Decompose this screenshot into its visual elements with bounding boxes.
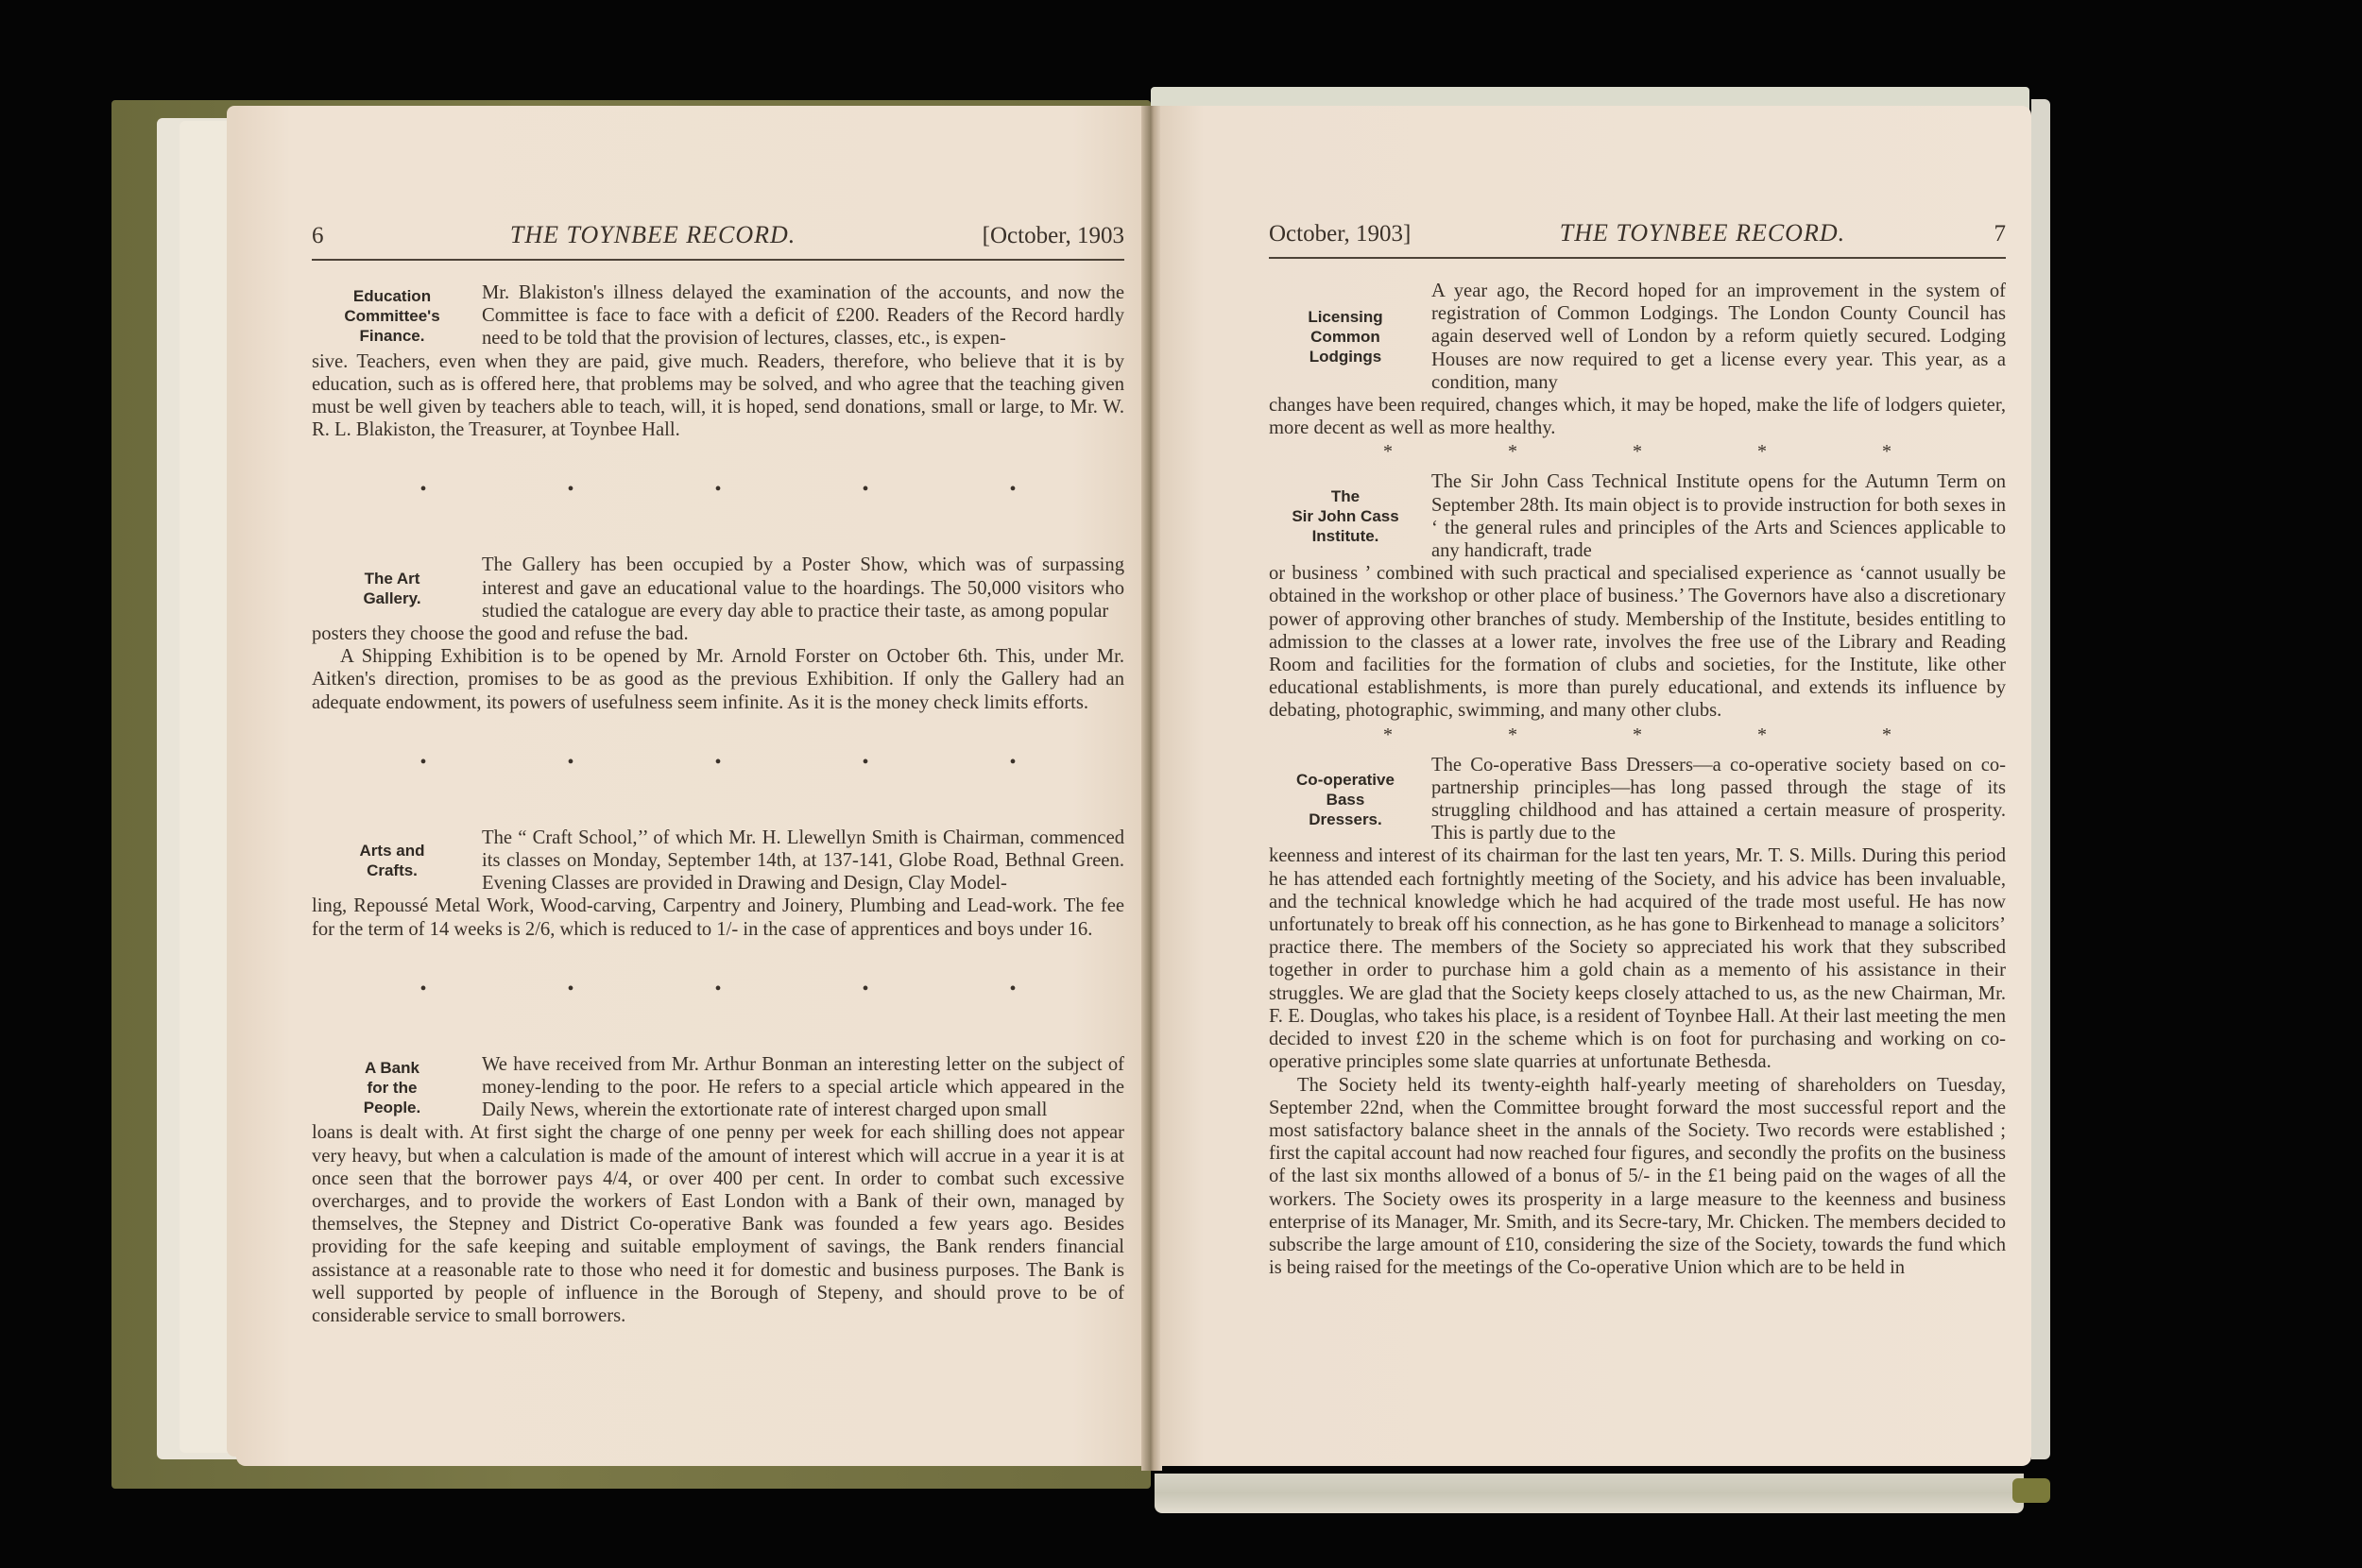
paragraph-indented: Mr. Blakiston's illness delayed the exam… xyxy=(482,281,1124,350)
left-page: 6 THE TOYNBEE RECORD. [October, 1903 Edu… xyxy=(236,106,1145,1466)
section-art-gallery: The Art Gallery. The Gallery has been oc… xyxy=(312,554,1124,713)
paragraph: A Shipping Exhibition is to be opened by… xyxy=(312,645,1124,714)
paragraph-indented: A year ago, the Record hoped for an impr… xyxy=(1431,280,2006,394)
paragraph-indented: The “ Craft School,’’ of which Mr. H. Ll… xyxy=(482,827,1124,895)
section-separator: ***** xyxy=(1326,724,1949,746)
paragraph-indented: The Co-operative Bass Dressers—a co-oper… xyxy=(1431,754,2006,845)
page-stack-right-bottom-edge xyxy=(1155,1474,2024,1513)
paragraph-continued: loans is dealt with. At first sight the … xyxy=(312,1121,1124,1327)
paragraph-indented: The Gallery has been occupied by a Poste… xyxy=(482,554,1124,622)
paragraph-indented: The Sir John Cass Technical Institute op… xyxy=(1431,470,2006,562)
left-page-text: 6 THE TOYNBEE RECORD. [October, 1903 Edu… xyxy=(312,221,1124,1327)
asterisk-ornament: • xyxy=(419,479,426,501)
paragraph: The Society held its twenty-eighth half-… xyxy=(1269,1074,2006,1280)
section-education-committee: Education Committee's Finance. Mr. Blaki… xyxy=(312,281,1124,441)
sidenote: The Sir John Cass Institute. xyxy=(1269,486,1431,546)
section-arts-and-crafts: Arts and Crafts. The “ Craft School,’’ o… xyxy=(312,827,1124,941)
section-separator: ••••• xyxy=(350,479,1087,501)
paragraph-continued: ling, Repoussé Metal Work, Wood-carving,… xyxy=(312,895,1124,940)
issue-date: October, 1903] xyxy=(1269,221,1411,247)
paragraph-continued: sive. Teachers, even when they are paid,… xyxy=(312,350,1124,442)
sidenote: Licensing Common Lodgings xyxy=(1269,307,1431,366)
section-sir-john-cass-institute: The Sir John Cass Institute. The Sir Joh… xyxy=(1269,470,2006,722)
issue-date: [October, 1903 xyxy=(983,223,1124,249)
paragraph-indented: We have received from Mr. Arthur Bonman … xyxy=(482,1053,1124,1122)
page-stack-right-fore-edge xyxy=(2031,99,2050,1459)
journal-title: THE TOYNBEE RECORD. xyxy=(1560,219,1845,247)
journal-title: THE TOYNBEE RECORD. xyxy=(510,221,796,249)
book-cloth-corner xyxy=(2012,1478,2050,1503)
paragraph-continued: changes have been required, changes whic… xyxy=(1269,394,2006,439)
right-page: October, 1903] THE TOYNBEE RECORD. 7 Lic… xyxy=(1160,106,2031,1466)
running-head-right: October, 1903] THE TOYNBEE RECORD. 7 xyxy=(1269,219,2006,259)
sidenote: Education Committee's Finance. xyxy=(312,286,482,346)
right-page-text: October, 1903] THE TOYNBEE RECORD. 7 Lic… xyxy=(1269,219,2006,1279)
running-head-left: 6 THE TOYNBEE RECORD. [October, 1903 xyxy=(312,221,1124,261)
paragraph-continued: or business ’ combined with such practic… xyxy=(1269,562,2006,722)
book-gutter xyxy=(1141,106,1162,1471)
paragraph-continued: posters they choose the good and refuse … xyxy=(312,622,1124,645)
page-number: 6 xyxy=(312,223,324,249)
sidenote: Arts and Crafts. xyxy=(312,841,482,880)
sidenote: The Art Gallery. xyxy=(312,569,482,608)
sidenote: Co-operative Bass Dressers. xyxy=(1269,770,1431,829)
section-separator: ***** xyxy=(1326,441,1949,463)
section-cooperative-bass-dressers: Co-operative Bass Dressers. The Co-opera… xyxy=(1269,754,2006,1280)
page-number: 7 xyxy=(1994,221,2007,247)
section-licensing-common-lodgings: Licensing Common Lodgings A year ago, th… xyxy=(1269,280,2006,439)
sidenote: A Bank for the People. xyxy=(312,1058,482,1117)
section-separator: ••••• xyxy=(350,752,1087,774)
paragraph-continued: keenness and interest of its chairman fo… xyxy=(1269,844,2006,1073)
section-bank-for-the-people: A Bank for the People. We have received … xyxy=(312,1053,1124,1327)
section-separator: ••••• xyxy=(350,979,1087,1000)
